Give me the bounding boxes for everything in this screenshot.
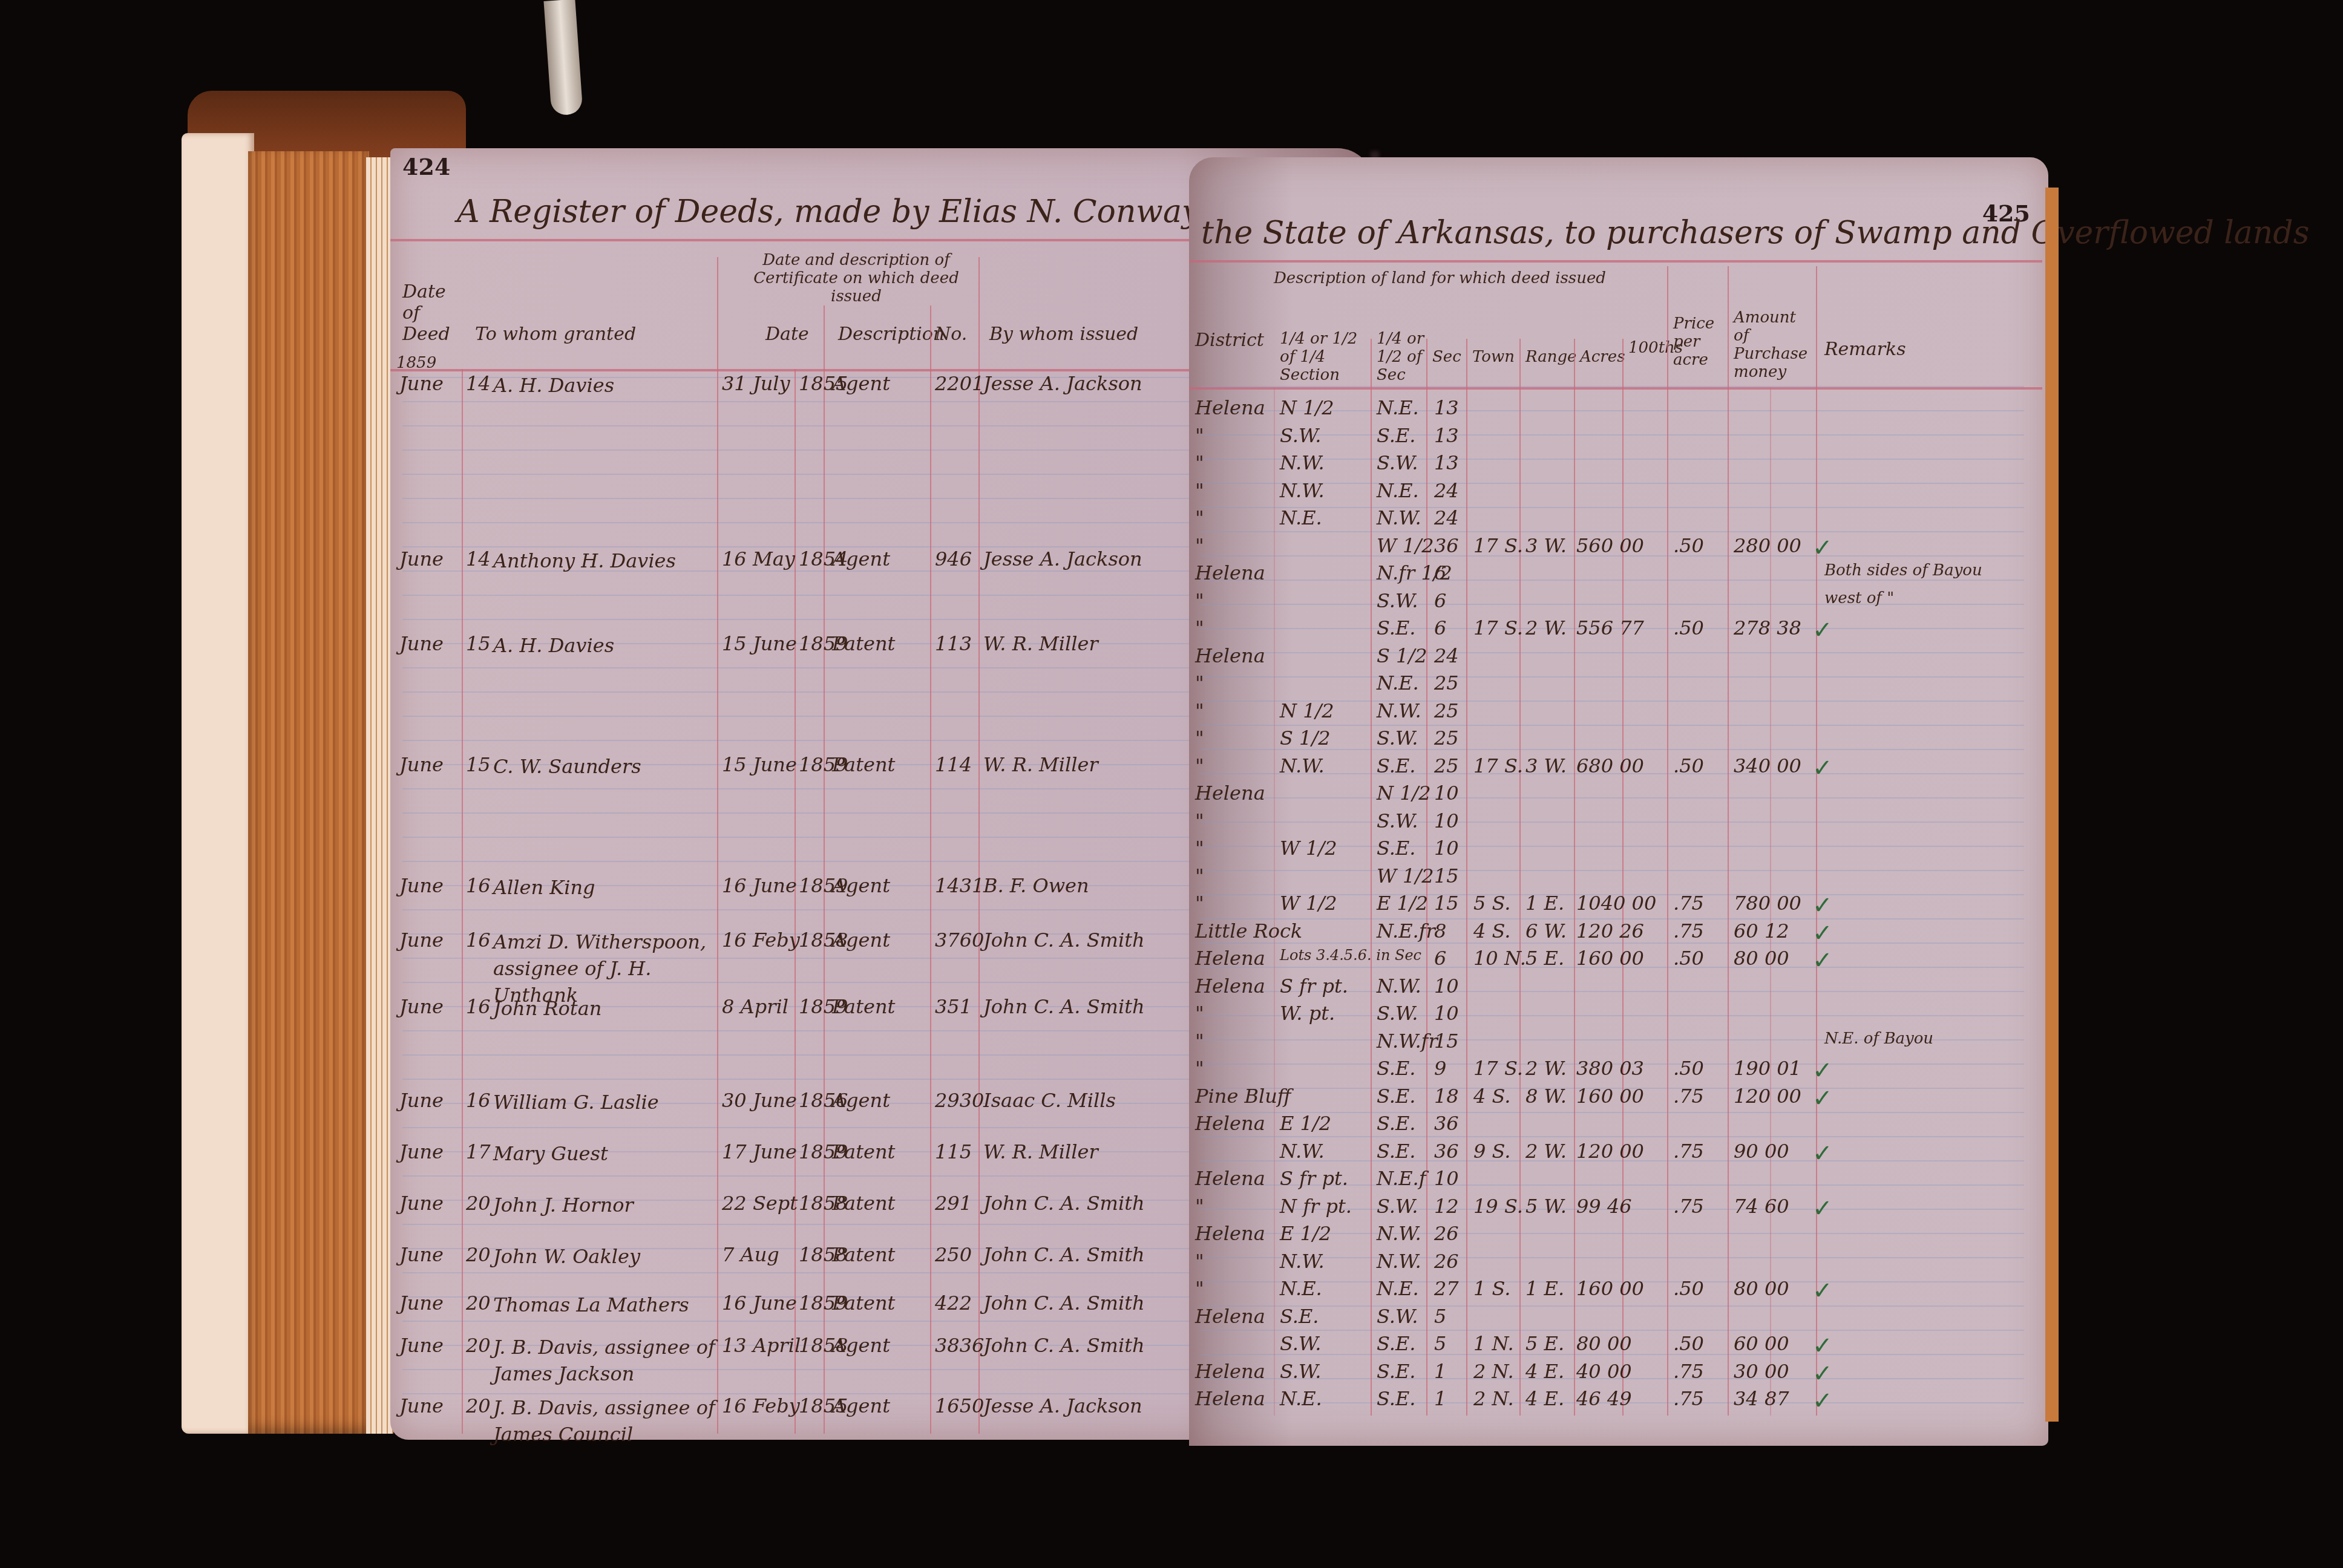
quarter-section: S.E. (1377, 616, 1415, 639)
certificate-type: Patent (832, 1192, 895, 1215)
range: 2 W. (1525, 1140, 1567, 1163)
district: " (1195, 809, 1204, 832)
price-per-acre: .50 (1673, 1277, 1704, 1300)
verified-check-icon: ✓ (1812, 1332, 1833, 1360)
purchase-amount: 74 60 (1734, 1195, 1789, 1218)
verified-check-icon: ✓ (1812, 1387, 1833, 1415)
page-block-edge (248, 151, 369, 1434)
district: " (1195, 1277, 1204, 1300)
section: 6 (1434, 947, 1446, 970)
section: 36 (1434, 1140, 1459, 1163)
verified-check-icon: ✓ (1812, 947, 1833, 975)
quarter-of-quarter: N.W. (1280, 754, 1325, 777)
quarter-section: N.W. (1377, 1222, 1421, 1245)
district: " (1195, 424, 1204, 447)
district: Helena (1195, 1167, 1265, 1190)
purchase-amount: 280 00 (1734, 534, 1801, 557)
certificate-date: 22 Sept (722, 1192, 798, 1215)
header-sec: Sec (1432, 348, 1461, 366)
section: 25 (1434, 671, 1459, 694)
issued-by: B. F. Owen (983, 874, 1089, 897)
district: " (1195, 1030, 1204, 1053)
deed-day: 20 (466, 1243, 491, 1266)
ledger-book: 424 A Register of Deeds, made by Elias N… (182, 91, 2063, 1440)
certificate-date: 16 June (722, 874, 797, 897)
deed-day: 20 (466, 1334, 491, 1357)
certificate-date: 16 May (722, 547, 795, 570)
certificate-number: 351 (935, 995, 972, 1018)
deed-day: 15 (466, 753, 491, 776)
issued-by: John C. A. Smith (983, 1334, 1145, 1357)
acres: 556 77 (1576, 616, 1644, 639)
section: 1 (1434, 1360, 1446, 1383)
district: " (1195, 1057, 1204, 1080)
certificate-number: 114 (935, 753, 972, 776)
column-divider (1466, 339, 1467, 1416)
certificate-date: 31 July (722, 372, 790, 395)
header-district: District (1195, 330, 1264, 351)
verified-check-icon: ✓ (1812, 616, 1833, 644)
header-acres: Acres (1580, 348, 1625, 366)
section: 13 (1434, 451, 1459, 474)
section: 10 (1434, 782, 1459, 805)
header-price-per-acre: Price per acre (1673, 315, 1728, 369)
deed-day: 16 (466, 929, 491, 952)
book-cover-edge (182, 133, 254, 1434)
range: 5 E. (1525, 1332, 1564, 1355)
page-leaves (366, 157, 393, 1434)
quarter-of-quarter: E 1/2 (1280, 1222, 1331, 1245)
certificate-number: 115 (935, 1140, 972, 1163)
section: 10 (1434, 975, 1459, 998)
district: Helena (1195, 1360, 1265, 1383)
deed-day: 16 (466, 874, 491, 897)
certificate-date: 13 April (722, 1334, 801, 1357)
issued-by: John C. A. Smith (983, 1243, 1145, 1266)
township: 1 N. (1473, 1332, 1514, 1355)
ledger-title-right: the State of Arkansas, to purchasers of … (1201, 215, 2309, 251)
range: 4 E. (1525, 1360, 1564, 1383)
deed-month: June (399, 1292, 444, 1315)
verified-check-icon: ✓ (1812, 1140, 1833, 1168)
district: Little Rock (1195, 920, 1302, 942)
section: 6 (1434, 561, 1446, 584)
verified-check-icon: ✓ (1812, 892, 1833, 920)
certificate-type: Patent (832, 753, 895, 776)
header-cert-description: Description (838, 324, 945, 345)
quarter-section: N.E. (1377, 479, 1419, 502)
deed-day: 20 (466, 1394, 491, 1417)
quarter-section: S.E. (1377, 1140, 1415, 1163)
certificate-number: 250 (935, 1243, 972, 1266)
quarter-section: S.W. (1377, 727, 1418, 750)
price-per-acre: .50 (1673, 754, 1704, 777)
district: " (1195, 1002, 1204, 1025)
purchase-amount: 30 00 (1734, 1360, 1789, 1383)
quarter-of-quarter: S fr pt. (1280, 1167, 1348, 1190)
section: 10 (1434, 837, 1459, 860)
purchase-amount: 120 00 (1734, 1085, 1801, 1108)
township: 17 S. (1473, 1057, 1523, 1080)
section: 13 (1434, 424, 1459, 447)
range: 3 W. (1525, 534, 1567, 557)
district: Helena (1195, 644, 1265, 667)
page-number-left: 424 (402, 153, 450, 180)
acres: 40 00 (1576, 1360, 1632, 1383)
district: " (1195, 864, 1204, 887)
purchase-amount: 60 00 (1734, 1332, 1789, 1355)
certificate-number: 422 (935, 1292, 972, 1315)
purchase-amount: 34 87 (1734, 1387, 1789, 1410)
quarter-of-quarter: S 1/2 (1280, 727, 1331, 750)
right-page-edge (2045, 188, 2059, 1422)
price-per-acre: .50 (1673, 1057, 1704, 1080)
range: 1 E. (1525, 1277, 1564, 1300)
section: 18 (1434, 1085, 1459, 1108)
section: 36 (1434, 534, 1459, 557)
township: 2 N. (1473, 1360, 1514, 1383)
header-remarks: Remarks (1824, 339, 1906, 360)
quarter-section: S.E. (1377, 1057, 1415, 1080)
section: 15 (1434, 864, 1459, 887)
quarter-section: N.E.fr (1377, 920, 1435, 942)
certificate-date: 16 Feby (722, 1394, 800, 1417)
quarter-of-quarter: N 1/2 (1280, 396, 1334, 419)
certificate-type: Agent (832, 1089, 890, 1112)
section: 15 (1434, 1030, 1459, 1053)
column-divider (930, 305, 931, 1434)
certificate-date: 16 June (722, 1292, 797, 1315)
column-divider (978, 257, 980, 1434)
deed-month: June (399, 995, 444, 1018)
verified-check-icon: ✓ (1812, 1057, 1833, 1085)
district: " (1195, 534, 1204, 557)
acres: 46 49 (1576, 1387, 1632, 1410)
quarter-of-quarter: S.W. (1280, 424, 1321, 447)
quarter-section: S.E. (1377, 1387, 1415, 1410)
acres: 160 00 (1576, 1277, 1644, 1300)
district: Helena (1195, 396, 1265, 419)
quarter-section: N.E.f (1377, 1167, 1426, 1190)
quarter-section: S.W. (1377, 809, 1418, 832)
column-divider (1574, 339, 1575, 1416)
district: " (1195, 699, 1204, 722)
quarter-section: S.W. (1377, 1002, 1418, 1025)
deed-month: June (399, 632, 444, 655)
acres: 380 03 (1576, 1057, 1644, 1080)
section: 27 (1434, 1277, 1459, 1300)
section: 5 (1434, 1332, 1446, 1355)
grantee-name: C. W. Saunders (493, 753, 717, 780)
quarter-of-quarter: W. pt. (1280, 1002, 1335, 1025)
deed-day: 17 (466, 1140, 491, 1163)
quarter-section: E 1/2 (1377, 892, 1428, 915)
quarter-of-quarter: N 1/2 (1280, 699, 1334, 722)
quarter-of-quarter: N.E. (1280, 506, 1322, 529)
range: 8 W. (1525, 1085, 1567, 1108)
purchase-amount: 80 00 (1734, 1277, 1789, 1300)
column-divider (462, 369, 463, 1434)
range: 5 W. (1525, 1195, 1567, 1218)
quarter-section: N.W. (1377, 506, 1421, 529)
deed-day: 14 (466, 372, 491, 395)
section: 9 (1434, 1057, 1446, 1080)
section: 10 (1434, 1167, 1459, 1190)
verified-check-icon: ✓ (1812, 1085, 1833, 1112)
price-per-acre: .75 (1673, 1140, 1704, 1163)
quarter-of-quarter: S.W. (1280, 1360, 1321, 1383)
deed-day: 16 (466, 1089, 491, 1112)
certificate-date: 16 Feby (722, 929, 800, 952)
price-per-acre: .75 (1673, 892, 1704, 915)
certificate-type: Agent (832, 874, 890, 897)
acres: 120 26 (1576, 920, 1644, 942)
section: 25 (1434, 754, 1459, 777)
quarter-section: S 1/2 (1377, 644, 1427, 667)
header-certificate-group: Date and description of Certificate on w… (729, 251, 983, 305)
acres: 120 00 (1576, 1140, 1644, 1163)
verified-check-icon: ✓ (1812, 1360, 1833, 1388)
header-to-whom-granted: To whom granted (475, 324, 636, 345)
quarter-section: S.W. (1377, 1305, 1418, 1328)
quarter-of-quarter: S.W. (1280, 1332, 1321, 1355)
section: 6 (1434, 589, 1446, 612)
certificate-type: Agent (832, 1394, 890, 1417)
quarter-section: S.W. (1377, 451, 1418, 474)
district: Helena (1195, 975, 1265, 998)
price-per-acre: .75 (1673, 1360, 1704, 1383)
quarter-of-quarter: N.W. (1280, 479, 1325, 502)
price-per-acre: .50 (1673, 616, 1704, 639)
range: 1 E. (1525, 892, 1564, 915)
section: 26 (1434, 1222, 1459, 1245)
deed-day: 20 (466, 1292, 491, 1315)
deed-month: June (399, 929, 444, 952)
district: " (1195, 589, 1204, 612)
township: 10 N. (1473, 947, 1526, 970)
column-divider (1667, 266, 1668, 1416)
section: 24 (1434, 506, 1459, 529)
deed-day: 15 (466, 632, 491, 655)
grantee-name: J. B. Davis, assignee of James Council (493, 1394, 717, 1448)
district: " (1195, 754, 1204, 777)
quarter-section: N.E. (1377, 1277, 1419, 1300)
section: 6 (1434, 616, 1446, 639)
right-page: 425 the State of Arkansas, to purchasers… (1189, 157, 2048, 1446)
district: " (1195, 1195, 1204, 1218)
header-amount: Amount of Purchase money (1734, 309, 1812, 381)
township: 9 S. (1473, 1140, 1510, 1163)
header-quarter: 1/4 or 1/2 of Sec (1377, 330, 1431, 384)
deed-month: June (399, 1394, 444, 1417)
quarter-of-quarter: W 1/2 (1280, 837, 1337, 860)
purchase-amount: 780 00 (1734, 892, 1801, 915)
certificate-type: Agent (832, 1334, 890, 1357)
range: 2 W. (1525, 1057, 1567, 1080)
header-land-group: Description of land for which deed issue… (1274, 269, 1606, 287)
certificate-number: 3760 (935, 929, 984, 952)
quarter-section: W 1/2 (1377, 534, 1434, 557)
district: Helena (1195, 782, 1265, 805)
certificate-date: 15 June (722, 632, 797, 655)
deed-month: June (399, 1192, 444, 1215)
quarter-section: N.W. (1377, 699, 1421, 722)
section: 25 (1434, 699, 1459, 722)
quarter-section: S.E. (1377, 1332, 1415, 1355)
header-rule (1189, 387, 2042, 390)
certificate-date: 30 June (722, 1089, 797, 1112)
header-cert-date: Date (765, 324, 809, 345)
range: 4 E. (1525, 1387, 1564, 1410)
deed-month: June (399, 547, 444, 570)
header-by-whom-issued: By whom issued (989, 324, 1138, 345)
certificate-type: Patent (832, 632, 895, 655)
acres: 80 00 (1576, 1332, 1632, 1355)
issued-by: W. R. Miller (983, 632, 1098, 655)
certificate-number: 3836 (935, 1334, 984, 1357)
section: 26 (1434, 1250, 1459, 1273)
quarter-of-quarter: N fr pt. (1280, 1195, 1352, 1218)
certificate-type: Agent (832, 929, 890, 952)
issued-by: John C. A. Smith (983, 1292, 1145, 1315)
section: 5 (1434, 1305, 1446, 1328)
deed-month: June (399, 874, 444, 897)
acres: 160 00 (1576, 947, 1644, 970)
price-per-acre: .50 (1673, 1332, 1704, 1355)
district: " (1195, 479, 1204, 502)
certificate-type: Agent (832, 547, 890, 570)
verified-check-icon: ✓ (1812, 1277, 1833, 1305)
issued-by: John C. A. Smith (983, 929, 1145, 952)
purchase-amount: 60 12 (1734, 920, 1789, 942)
certificate-number: 2930 (935, 1089, 984, 1112)
quarter-of-quarter: N.E. (1280, 1277, 1322, 1300)
section: 12 (1434, 1195, 1459, 1218)
district: Helena (1195, 947, 1265, 970)
quarter-section: S.E. (1377, 1085, 1415, 1108)
quarter-section: N.W. (1377, 1250, 1421, 1273)
grantee-name: Allen King (493, 874, 717, 901)
certificate-number: 113 (935, 632, 972, 655)
quarter-section: W 1/2 (1377, 864, 1434, 887)
township: 2 N. (1473, 1387, 1514, 1410)
quarter-section: S.W. (1377, 589, 1418, 612)
grantee-name: A. H. Davies (493, 372, 717, 399)
column-divider (1519, 339, 1521, 1416)
certificate-number: 2201 (935, 372, 984, 395)
quarter-section: S.E. (1377, 424, 1415, 447)
price-per-acre: .75 (1673, 920, 1704, 942)
district: " (1195, 616, 1204, 639)
quarter-of-quarter: N.E. (1280, 1387, 1322, 1410)
grantee-name: Thomas La Mathers (493, 1292, 717, 1318)
district: " (1195, 1250, 1204, 1273)
issued-by: John C. A. Smith (983, 995, 1145, 1018)
issued-by: Jesse A. Jackson (983, 372, 1142, 395)
grantee-name: Mary Guest (493, 1140, 717, 1167)
township: 5 S. (1473, 892, 1510, 915)
quarter-of-quarter: W 1/2 (1280, 892, 1337, 915)
column-divider (1274, 387, 1275, 1416)
certificate-type: Patent (832, 1292, 895, 1315)
range: 3 W. (1525, 754, 1567, 777)
price-per-acre: .75 (1673, 1387, 1704, 1410)
purchase-amount: 190 01 (1734, 1057, 1801, 1080)
grantee-name: J. B. Davis, assignee of James Jackson (493, 1334, 717, 1387)
quarter-section: N 1/2 (1377, 782, 1431, 805)
district: " (1195, 727, 1204, 750)
grantee-name: William G. Laslie (493, 1089, 717, 1116)
deed-month: June (399, 372, 444, 395)
quarter-section: N.E. (1377, 396, 1419, 419)
township: 4 S. (1473, 920, 1510, 942)
district: " (1195, 671, 1204, 694)
section: 13 (1434, 396, 1459, 419)
quarter-of-quarter: S.E. (1280, 1305, 1319, 1328)
range: 2 W. (1525, 616, 1567, 639)
price-per-acre: .50 (1673, 947, 1704, 970)
issued-by: W. R. Miller (983, 1140, 1098, 1163)
issued-by: Jesse A. Jackson (983, 547, 1142, 570)
grantee-name: John Rotan (493, 995, 717, 1022)
price-per-acre: .75 (1673, 1195, 1704, 1218)
quarter-section: S.W. (1377, 1195, 1418, 1218)
quarter-of-quarter: N.W. (1280, 451, 1325, 474)
purchase-amount: 90 00 (1734, 1140, 1789, 1163)
section: 36 (1434, 1112, 1459, 1135)
deed-month: June (399, 1089, 444, 1112)
certificate-type: Agent (832, 372, 890, 395)
header-quarter-section: 1/4 or 1/2 of 1/4 Section (1280, 330, 1371, 384)
quarter-section: S.E. (1377, 1360, 1415, 1383)
deed-month: June (399, 1140, 444, 1163)
district: " (1195, 451, 1204, 474)
remark: Both sides of Bayou (1824, 561, 1982, 580)
quarter-of-quarter: N.W. (1280, 1140, 1325, 1163)
purchase-amount: 278 38 (1734, 616, 1801, 639)
verified-check-icon: ✓ (1812, 754, 1833, 782)
acres: 680 00 (1576, 754, 1644, 777)
deed-month: June (399, 1243, 444, 1266)
certificate-date: 17 June (722, 1140, 797, 1163)
quarter-section: S.E. (1377, 1112, 1415, 1135)
quarter-of-quarter: E 1/2 (1280, 1112, 1331, 1135)
section: 10 (1434, 809, 1459, 832)
issued-by: W. R. Miller (983, 753, 1098, 776)
quarter-section: N.W. (1377, 975, 1421, 998)
issued-by: Isaac C. Mills (983, 1089, 1116, 1112)
township: 17 S. (1473, 534, 1523, 557)
district: Pine Bluff (1195, 1085, 1291, 1108)
acres: 160 00 (1576, 1085, 1644, 1108)
quarter-of-quarter: Lots 3.4.5.6. in Sec (1280, 947, 1421, 964)
township: 19 S. (1473, 1195, 1523, 1218)
grantee-name: John J. Hornor (493, 1192, 717, 1218)
grantee-name: A. H. Davies (493, 632, 717, 659)
remark: N.E. of Bayou (1824, 1030, 1933, 1048)
deed-month: June (399, 1334, 444, 1357)
township: 4 S. (1473, 1085, 1510, 1108)
verified-check-icon: ✓ (1812, 534, 1833, 562)
header-range: Range (1525, 348, 1576, 366)
issued-by: Jesse A. Jackson (983, 1394, 1142, 1417)
column-divider (1816, 266, 1817, 1416)
verified-check-icon: ✓ (1812, 1195, 1833, 1223)
column-divider (1371, 339, 1372, 1416)
column-divider (1728, 266, 1729, 1416)
acres: 1040 00 (1576, 892, 1656, 915)
title-rule (1189, 260, 2042, 263)
